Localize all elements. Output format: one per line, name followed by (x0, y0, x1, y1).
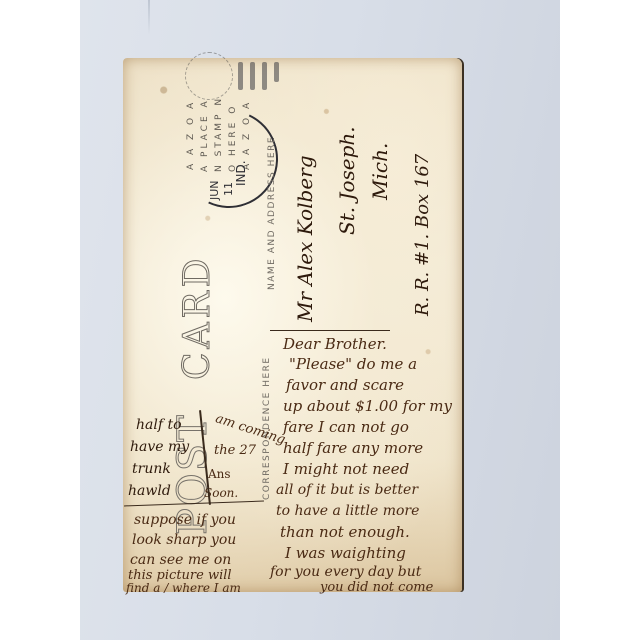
card-heading: CARD (177, 254, 218, 380)
message-line: all of it but is better (276, 483, 418, 497)
address-state: Mich. (368, 143, 392, 200)
bottom-note-line: can see me on (130, 553, 231, 567)
bottom-note-line: find a / where I am (126, 582, 241, 594)
address-label: NAME AND ADDRESS HERE (267, 136, 277, 290)
bottom-note-line: suppose if you (134, 513, 236, 527)
message-line: for you every day but (270, 565, 421, 579)
message-line: to have a little more (276, 504, 419, 518)
left-note-line: trunk (132, 462, 171, 476)
side-note-line: Ans (208, 468, 231, 480)
message-line: "Please" do me a (289, 357, 417, 372)
message-line: I might not need (283, 462, 409, 477)
cancel-bar (238, 62, 243, 90)
left-note-line: have my (130, 440, 189, 454)
message-line: favor and scare (286, 378, 404, 393)
message-line: half fare any more (283, 441, 423, 456)
address-city: St. Joseph. (335, 126, 359, 235)
postmark-day: 11 (222, 182, 235, 196)
message-line: up about $1.00 for my (283, 399, 452, 414)
left-note-line: half to (136, 418, 182, 432)
message-line: fare I can not go (283, 420, 409, 435)
address-name: Mr Alex Kolberg (293, 155, 317, 322)
cancel-circle (185, 52, 233, 100)
cancel-bar (250, 62, 255, 90)
message-line: than not enough. (280, 525, 410, 540)
cancel-bar (274, 62, 279, 82)
address-divider (270, 330, 390, 331)
message-line: you did not come (320, 581, 433, 594)
bottom-note-line: look sharp you (132, 533, 236, 547)
message-line: Dear Brother. (283, 337, 387, 352)
message-line: I was waighting (285, 546, 406, 561)
side-note-line: the 27 (214, 444, 256, 457)
backdrop-crease (148, 0, 150, 35)
left-note-line: hawld (128, 484, 171, 498)
cancel-bar (262, 62, 267, 90)
postmark-month: JUN (208, 180, 221, 200)
address-route: R. R. #1. Box 167 (412, 154, 433, 316)
postmark-state: IND. (234, 160, 248, 186)
